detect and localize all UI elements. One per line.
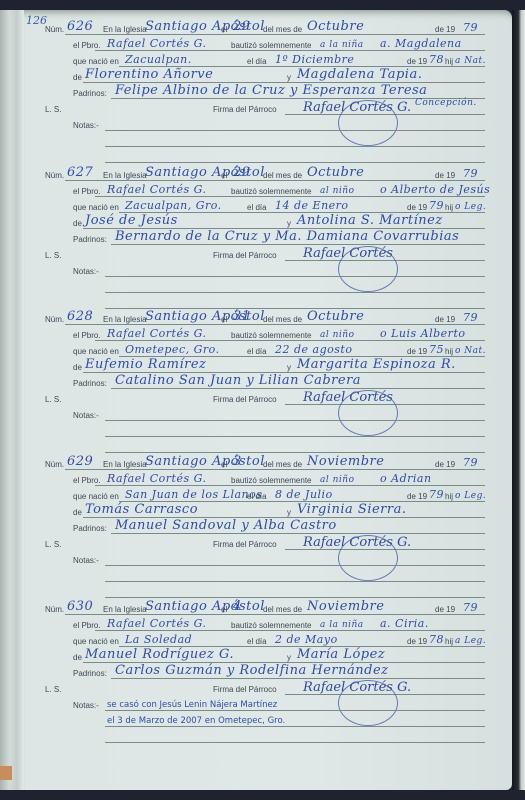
born-day-label: el día [247,347,267,356]
church-label: En la Iglesia [103,315,147,324]
record-line-notes: Notas:- [45,408,485,422]
godparents-names: Manuel Sandoval y Alba Castro [115,518,337,533]
godparents-label: Padrinos: [73,235,107,244]
record-line-signature: L. S. Firma del Párroco [45,682,485,696]
record-line-notes: Notas:- [45,264,485,278]
born-year-label: de 19 [407,57,427,66]
year-label: de 19 [435,25,455,34]
born-day-label: el día [247,492,267,501]
baptism-month: Octubre [307,19,364,34]
record-line-notes-3 [45,440,485,454]
record-line-notes-3 [45,150,485,164]
child-name: o Luis Alberto [380,327,465,340]
ls-label: L. S. [45,251,61,260]
born-day-label: el día [247,203,267,212]
godparents-label: Padrinos: [73,669,107,678]
father-name: Manuel Rodríguez G. [85,647,234,662]
record-number: 627 [67,165,93,180]
month-label: del mes de [263,460,302,469]
record-line-header: Núm. 626 En la Iglesia Santiago Apóstol … [45,22,485,36]
record-line-header: Núm. 630 En la Iglesia Santiago Apóstol … [45,602,485,616]
child-of-label: hij [445,492,453,501]
and-label: y [287,508,291,517]
record-line-header: Núm. 628 En la Iglesia Santiago Apóstol … [45,312,485,326]
page-edge-right [512,10,525,790]
birth-year: 78 [429,53,444,66]
baptized-label: bautizó solemnemente [231,621,312,630]
father-name: José de Jesús [85,213,178,228]
signature-label: Firma del Párroco [213,685,277,694]
record-line-birth: que nació en La Soledad el día 2 de Mayo… [45,634,485,648]
baptism-year: 79 [463,167,478,180]
church-label: En la Iglesia [103,605,147,614]
year-label: de 19 [435,605,455,614]
baptism-year: 79 [463,601,478,614]
mother-name: María López [297,647,385,662]
priest-label: el Pbro. [73,621,101,630]
note-line-2: el 3 de Marzo de 2007 en Ometepec, Gro. [107,716,285,726]
godparents-names: Catalino San Juan y Lilian Cabrera [115,373,361,388]
record-line-notes: Notas:- [45,118,485,132]
baptism-month: Octubre [307,165,364,180]
priest-name: Rafael Cortés G. [107,327,207,340]
godparents-label: Padrinos: [73,524,107,533]
record-line-godparents: Padrinos: Carlos Guzmán y Rodelfina Hern… [45,666,485,680]
born-in-label: que nació en [73,637,119,646]
birthplace: Ometepec, Gro. [125,343,220,356]
and-label: y [287,653,291,662]
church-label: En la Iglesia [103,460,147,469]
legitimacy: o Leg. [455,202,486,212]
child-article: al niño [320,186,355,196]
birth-year: 79 [429,488,444,501]
birth-date: 14 de Enero [275,199,349,212]
ls-label: L. S. [45,105,61,114]
child-name: a. Magdalena [380,37,462,50]
month-label: del mes de [263,605,302,614]
record-number: 628 [67,309,93,324]
born-in-label: que nació en [73,492,119,501]
notes-label: Notas:- [73,411,99,420]
church-name: Santiago Apóstol [145,454,265,469]
record-line-notes-3 [45,730,485,744]
of-label: de [73,363,82,372]
record-line-notes-2 [45,424,485,438]
record-line-signature: L. S. Firma del Párroco Concepción. [45,102,485,116]
record-line-signature: L. S. Firma del Párroco [45,537,485,551]
day-label: el [221,460,227,469]
baptism-record: Núm. 627 En la Iglesia Santiago Apóstol … [45,168,485,308]
record-line-priest: el Pbro. Rafael Cortés G. bautizó solemn… [45,473,485,487]
record-line-header: Núm. 629 En la Iglesia Santiago Apóstol … [45,457,485,471]
num-label: Núm. [45,25,64,34]
and-label: y [287,219,291,228]
record-line-notes: Notas:- [45,553,485,567]
baptism-record: Núm. 630 En la Iglesia Santiago Apóstol … [45,602,485,742]
birth-year: 75 [429,343,444,356]
mother-name: Virginia Sierra. [297,502,407,517]
baptism-record: Núm. 628 En la Iglesia Santiago Apóstol … [45,312,485,452]
day-label: el [221,25,227,34]
record-line-notes-3 [45,585,485,599]
notes-label: Notas:- [73,267,99,276]
book-binding [0,10,24,790]
born-in-label: que nació en [73,203,119,212]
priest-label: el Pbro. [73,331,101,340]
baptized-label: bautizó solemnemente [231,187,312,196]
baptism-day: 29 [233,165,251,180]
birthplace: San Juan de los Llanos [125,488,262,501]
record-line-notes-2 [45,134,485,148]
birthplace: Zacualpan. [125,53,192,66]
record-line-birth: que nació en Zacualpan. el día 1º Diciem… [45,54,485,68]
birth-date: 2 de Mayo [275,633,338,646]
birth-date: 8 de Julio [275,488,333,501]
signature-label: Firma del Párroco [213,540,277,549]
notes-label: Notas:- [73,121,99,130]
record-line-notes-3 [45,296,485,310]
baptism-record: Núm. 629 En la Iglesia Santiago Apóstol … [45,457,485,597]
mother-name: Antolina S. Martínez [297,213,443,228]
year-label: de 19 [435,171,455,180]
year-label: de 19 [435,460,455,469]
num-label: Núm. [45,171,64,180]
priest-name: Rafael Cortés G. [107,183,207,196]
signature-label: Firma del Párroco [213,395,277,404]
record-line-priest: el Pbro. Rafael Cortés G. bautizó solemn… [45,618,485,632]
father-name: Eufemio Ramírez [85,357,206,372]
born-in-label: que nació en [73,347,119,356]
child-of-label: hij [445,347,453,356]
record-line-priest: el Pbro. Rafael Cortés G. bautizó solemn… [45,328,485,342]
priest-name: Rafael Cortés G. [107,617,207,630]
legitimacy: a Leg. [455,636,486,646]
priest-label: el Pbro. [73,187,101,196]
child-article: al niño [320,330,355,340]
ls-label: L. S. [45,540,61,549]
baptism-year: 79 [463,21,478,34]
godparents-label: Padrinos: [73,89,107,98]
godparents-names: Bernardo de la Cruz y Ma. Damiana Covarr… [115,229,459,244]
church-label: En la Iglesia [103,25,147,34]
baptism-month: Noviembre [307,454,384,469]
record-line-godparents: Padrinos: Bernardo de la Cruz y Ma. Dami… [45,232,485,246]
godparents-names: Felipe Albino de la Cruz y Esperanza Ter… [115,83,427,98]
notes-label: Notas:- [73,701,99,710]
record-number: 629 [67,454,93,469]
priest-label: el Pbro. [73,41,101,50]
record-line-birth: que nació en Zacualpan, Gro. el día 14 d… [45,200,485,214]
record-line-parents: de José de Jesús y Antolina S. Martínez [45,216,485,230]
child-of-label: hij [445,57,453,66]
father-name: Florentino Añorve [85,67,213,82]
month-label: del mes de [263,171,302,180]
day-label: el [221,605,227,614]
ls-label: L. S. [45,685,61,694]
born-year-label: de 19 [407,203,427,212]
baptism-month: Noviembre [307,599,384,614]
baptized-label: bautizó solemnemente [231,41,312,50]
num-label: Núm. [45,315,64,324]
record-line-header: Núm. 627 En la Iglesia Santiago Apóstol … [45,168,485,182]
birthplace: La Soledad [125,633,192,646]
birth-year: 78 [429,633,444,646]
page-number: 126 [26,14,47,27]
born-in-label: que nació en [73,57,119,66]
notes-label: Notas:- [73,556,99,565]
record-line-parents: de Eufemio Ramírez y Margarita Espinoza … [45,360,485,374]
born-year-label: de 19 [407,492,427,501]
record-line-godparents: Padrinos: Catalino San Juan y Lilian Cab… [45,376,485,390]
record-line-signature: L. S. Firma del Párroco [45,392,485,406]
birth-year: 79 [429,199,444,212]
birth-date: 22 de agosto [275,343,352,356]
record-line-parents: de Florentino Añorve y Magdalena Tapia. [45,70,485,84]
priest-name: Rafael Cortés G. [107,472,207,485]
mother-name: Magdalena Tapia. [297,67,422,82]
num-label: Núm. [45,460,64,469]
baptized-label: bautizó solemnemente [231,331,312,340]
baptism-year: 79 [463,311,478,324]
ls-label: L. S. [45,395,61,404]
baptism-record: Núm. 626 En la Iglesia Santiago Apóstol … [45,22,485,162]
record-number: 630 [67,599,93,614]
priest-label: el Pbro. [73,476,101,485]
baptism-year: 79 [463,456,478,469]
record-line-signature: L. S. Firma del Párroco [45,248,485,262]
signature-label: Firma del Párroco [213,251,277,260]
child-name: o Alberto de Jesús [380,183,490,196]
church-label: En la Iglesia [103,171,147,180]
child-article: al niño [320,475,355,485]
child-name: a. Ciria. [380,617,429,630]
baptism-month: Octubre [307,309,364,324]
signature-label: Firma del Párroco [213,105,277,114]
record-line-notes: Notas:- se casó con Jesús Lenin Nájera M… [45,698,485,712]
child-article: a la niña [320,40,364,50]
of-label: de [73,219,82,228]
record-line-birth: que nació en San Juan de los Llanos el d… [45,489,485,503]
record-line-priest: el Pbro. Rafael Cortés G. bautizó solemn… [45,38,485,52]
of-label: de [73,508,82,517]
church-name: Santiago Apóstol [145,599,265,614]
day-label: el [221,315,227,324]
record-line-notes-2 [45,569,485,583]
binding-edge [0,766,12,780]
father-name: Tomás Carrasco [85,502,198,517]
baptism-day: 31 [233,309,251,324]
legitimacy: a Nat. [455,56,486,66]
legitimacy: o Leg. [455,491,486,501]
born-day-label: el día [247,57,267,66]
and-label: y [287,73,291,82]
of-label: de [73,653,82,662]
record-line-notes-2: el 3 de Marzo de 2007 en Ometepec, Gro. [45,714,485,728]
baptism-day: 3 [233,454,242,469]
born-day-label: el día [247,637,267,646]
mother-name: Margarita Espinoza R. [297,357,456,372]
godparents-continuation: Concepción. [415,98,477,108]
baptized-label: bautizó solemnemente [231,476,312,485]
child-name: o Adrian [380,472,432,485]
record-line-birth: que nació en Ometepec, Gro. el día 22 de… [45,344,485,358]
baptism-day: 29 [233,19,251,34]
godparents-names: Carlos Guzmán y Rodelfina Hernández [115,663,388,678]
record-number: 626 [67,19,93,34]
born-year-label: de 19 [407,347,427,356]
born-year-label: de 19 [407,637,427,646]
birthplace: Zacualpan, Gro. [125,199,222,212]
legitimacy: o Nat. [455,346,486,356]
record-line-godparents: Padrinos: Manuel Sandoval y Alba Castro [45,521,485,535]
godparents-label: Padrinos: [73,379,107,388]
day-label: el [221,171,227,180]
child-article: a la niña [320,620,364,630]
child-of-label: hij [445,203,453,212]
child-of-label: hij [445,637,453,646]
year-label: de 19 [435,315,455,324]
birth-date: 1º Diciembre [275,53,354,66]
and-label: y [287,363,291,372]
of-label: de [73,73,82,82]
record-line-priest: el Pbro. Rafael Cortés G. bautizó solemn… [45,184,485,198]
record-line-parents: de Tomás Carrasco y Virginia Sierra. [45,505,485,519]
record-line-parents: de Manuel Rodríguez G. y María López [45,650,485,664]
baptism-day: 4 [233,599,242,614]
num-label: Núm. [45,605,64,614]
month-label: del mes de [263,25,302,34]
month-label: del mes de [263,315,302,324]
priest-name: Rafael Cortés G. [107,37,207,50]
note-line-1: se casó con Jesús Lenin Nájera Martínez [107,700,277,710]
record-line-notes-2 [45,280,485,294]
